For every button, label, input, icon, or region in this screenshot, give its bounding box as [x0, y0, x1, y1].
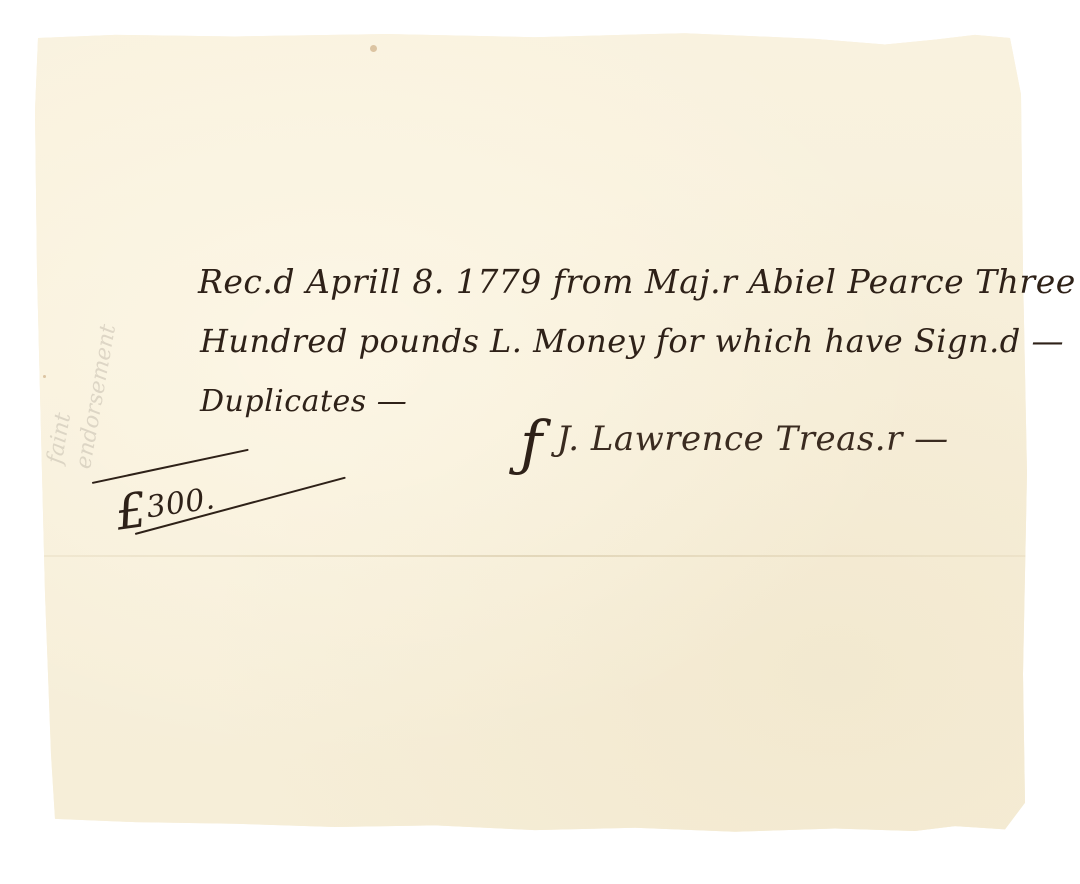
paper-spot [370, 45, 377, 52]
receipt-line-2: Hundred pounds L. Money for which have S… [200, 322, 1064, 360]
signature-name: J. Lawrence Treas.r — [557, 419, 949, 459]
fold-crease [35, 555, 1035, 557]
receipt-line-3: Duplicates — [200, 384, 407, 419]
signature-flourish: ƒ [520, 409, 543, 479]
amount-value: 300. [144, 481, 217, 525]
receipt-line-1: Rec.d Aprill 8. 1779 from Maj.r Abiel Pe… [198, 262, 1076, 301]
paper-spot [43, 375, 46, 378]
treasurer-signature: ƒJ. Lawrence Treas.r — [520, 395, 949, 465]
